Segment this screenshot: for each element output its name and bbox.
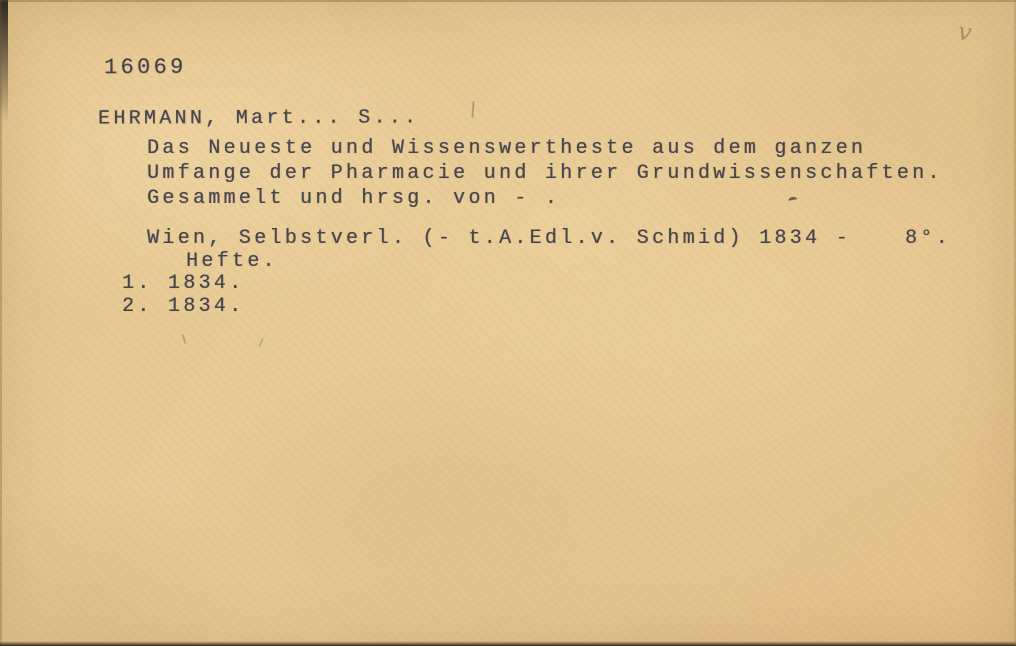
volume-entry: 1. 1834. — [122, 272, 244, 295]
catalog-number: 16069 — [104, 55, 187, 80]
catalog-card: 16069 EHRMANN, Mart... S... Das Neueste … — [0, 0, 1016, 646]
handwritten-check-mark: v — [956, 17, 974, 47]
paper-smudge — [258, 338, 264, 347]
paper-smudge — [182, 334, 187, 344]
author-heading: EHRMANN, Mart... S... — [98, 106, 419, 130]
format-notation: 8°. — [905, 227, 951, 250]
paper-texture — [0, 0, 1016, 646]
title-line: Das Neueste und Wissenswertheste aus dem… — [147, 137, 866, 160]
card-top-edge-line — [0, 0, 1016, 2]
volumes-label: Hefte. — [186, 250, 278, 273]
volume-entry: 2. 1834. — [122, 295, 244, 318]
imprint-line: Wien, Selbstverl. (- t.A.Edl.v. Schmid) … — [147, 227, 851, 250]
title-line: Gesammelt und hrsg. von - . — [147, 187, 560, 210]
pencil-tick-mark — [471, 101, 474, 118]
title-line: Umfange der Pharmacie und ihrer Grundwis… — [147, 162, 943, 185]
card-bottom-edge-shadow — [0, 641, 1016, 646]
card-left-edge-line — [0, 0, 2, 646]
caret-correction-mark — [788, 196, 797, 201]
